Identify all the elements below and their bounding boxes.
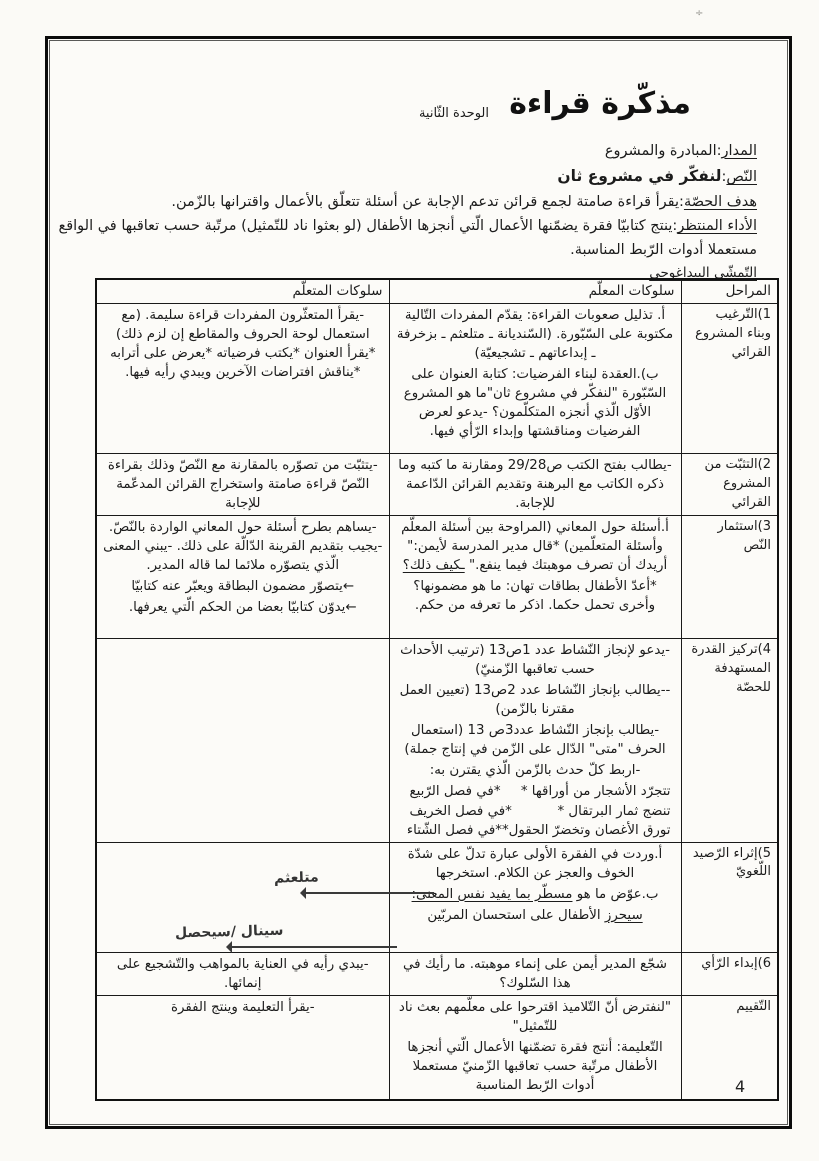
learner-arrow-note: ←يدوّن كتابيّا بعضا من الحكم الّتي يعرفه…	[103, 598, 383, 617]
teacher-paragraph: أ. تذليل صعوبات القراءة: يقدّم المفردات …	[396, 306, 675, 363]
handwritten-answer: متلعثم	[274, 868, 319, 889]
teacher-paragraph: "لنفترض أنّ التّلاميذ اقترحوا على معلّمه…	[396, 998, 675, 1036]
stage-cell: 2)التثبّت من المشروع القرائي	[681, 454, 778, 516]
hand-drawn-arrow	[306, 892, 434, 894]
teacher-instruction-underlined: مسطّر بما يفيد نفس المعنى:	[412, 887, 573, 902]
learner-cell: -يبدي رأيه في العناية بالمواهب والتّشجيع…	[96, 952, 389, 995]
axis-value: المبادرة والمشروع	[605, 143, 717, 159]
text-line: النّص:لنفكّر في مشروع ثان	[58, 164, 757, 189]
learner-cell-handwritten: متلعثم سينال /سيحصل	[96, 842, 389, 952]
header-stage: المراحل	[681, 279, 778, 304]
teacher-cell: -يطالب بفتح الكتب ص29/28 ومقارنة ما كتبه…	[389, 454, 681, 516]
hand-drawn-arrow	[232, 946, 397, 948]
handwritten-answer: سينال /سيحصل	[175, 921, 284, 944]
lesson-meta: المدار:المبادرة والمشروع النّص:لنفكّر في…	[58, 140, 757, 286]
teacher-cell: "لنفترض أنّ التّلاميذ اقترحوا على معلّمه…	[389, 995, 681, 1100]
teacher-paragraph: -يدعو لإنجاز النّشاط عدد 1ص13 (ترتيب الأ…	[396, 641, 675, 679]
match-event: تورق الأغصان وتخضرّ الحقول*	[502, 821, 671, 840]
table-row: 3)استثمار النّص أ.أسئلة حول المعاني (الم…	[96, 516, 778, 639]
expected-label: الأداء المنتظر	[677, 218, 757, 234]
teacher-cell: -يدعو لإنجاز النّشاط عدد 1ص13 (ترتيب الأ…	[389, 639, 681, 842]
matching-exercise-line: تنضج ثمار البرتقال * *في فصل الخريف	[396, 802, 675, 821]
teacher-instruction: ب.عوّض ما هو	[572, 887, 658, 902]
table-row: 1)التّرغيب وبناء المشروع القرائي أ. تذلي…	[96, 304, 778, 454]
stage-cell: 1)التّرغيب وبناء المشروع القرائي	[681, 304, 778, 454]
teacher-question-underlined: ـكيف ذلك؟	[403, 558, 465, 573]
learner-cell-empty	[96, 639, 389, 842]
expected-line: الأداء المنتظر:ينتج كتابيّا فقرة يضمّنها…	[58, 215, 757, 262]
page-number: 4	[735, 1077, 745, 1096]
teacher-cell: أ.وردت في الفقرة الأولى عبارة تدلّ على ش…	[389, 842, 681, 952]
stage-cell: 3)استثمار النّص	[681, 516, 778, 639]
table-row: 4)تركيز القدرة المستهدفة للحصّة -يدعو لإ…	[96, 639, 778, 842]
teacher-paragraph: -اربط كلّ حدث بالزّمن الّذي يقترن به:	[396, 761, 675, 780]
header-learner-behaviors: سلوكات المتعلّم	[96, 279, 389, 304]
learner-paragraph: -يساهم بطرح أسئلة حول المعاني الواردة با…	[103, 518, 383, 575]
axis-line: المدار:المبادرة والمشروع	[58, 140, 757, 163]
matching-exercise-line: تورق الأغصان وتخضرّ الحقول* *في فصل الشّ…	[396, 821, 675, 840]
table-row: 2)التثبّت من المشروع القرائي -يطالب بفتح…	[96, 454, 778, 516]
match-season: *في فصل الرّبيع	[410, 782, 501, 801]
learner-cell: -يتثبّت من تصوّره بالمقارنة مع النّصّ وذ…	[96, 454, 389, 516]
table-header-row: المراحل سلوكات المعلّم سلوكات المتعلّم	[96, 279, 778, 304]
underlined-word: سيحرز	[605, 908, 643, 923]
unit-label: الوحدة الثّانية	[419, 106, 489, 121]
match-event: تنضج ثمار البرتقال *	[557, 802, 670, 821]
teacher-paragraph: أ.أسئلة حول المعاني (المراوحة بين أسئلة …	[396, 518, 675, 575]
teacher-paragraph: *أعدّ الأطفال بطاقات تهان: ما هو مضمونها…	[396, 577, 675, 615]
teacher-paragraph: -يطالب بإنجاز النّشاط عدد3ص 13 (استعمال …	[396, 721, 675, 759]
match-event: تتجرّد الأشجار من أوراقها *	[521, 782, 671, 801]
learner-arrow-note: ←يتصوّر مضمون البطاقة ويعبّر عنه كتابيّا	[103, 577, 383, 596]
axis-label: المدار	[722, 143, 757, 159]
lesson-plan-table: المراحل سلوكات المعلّم سلوكات المتعلّم 1…	[95, 278, 779, 1101]
teacher-cell: أ. تذليل صعوبات القراءة: يقدّم المفردات …	[389, 304, 681, 454]
table-row: التّقييم "لنفترض أنّ التّلاميذ اقترحوا ع…	[96, 995, 778, 1100]
table-row: 6)إبداء الرّأي شجّع المدير أيمن على إنما…	[96, 952, 778, 995]
learner-cell: -يقرأ التعليمة وينتج الفقرة	[96, 995, 389, 1100]
teacher-cell: أ.أسئلة حول المعاني (المراوحة بين أسئلة …	[389, 516, 681, 639]
teacher-paragraph: سيحرز الأطفال على استحسان المربّين	[396, 906, 675, 925]
teacher-paragraph: أ.وردت في الفقرة الأولى عبارة تدلّ على ش…	[396, 845, 675, 883]
text-value: لنفكّر في مشروع ثان	[557, 167, 721, 185]
scanned-lesson-page: { "page": { "title": "مذكّرة قراءة", "un…	[0, 0, 819, 1161]
table-row: 5)إثراء الرّصيد اللّغويّ أ.وردت في الفقر…	[96, 842, 778, 952]
learner-cell: -يساهم بطرح أسئلة حول المعاني الواردة با…	[96, 516, 389, 639]
stage-cell: 4)تركيز القدرة المستهدفة للحصّة	[681, 639, 778, 842]
goal-label: هدف الحصّة	[684, 194, 757, 210]
expected-value: ينتج كتابيّا فقرة يضمّنها الأعمال الّتي …	[59, 218, 758, 257]
teacher-paragraph: --يطالب بإنجاز النّشاط عدد 2ص13 (تعيين ا…	[396, 681, 675, 719]
goal-line: هدف الحصّة:يقرأ قراءة صامتة لجمع قرائن ت…	[58, 191, 757, 214]
stage-cell: 6)إبداء الرّأي	[681, 952, 778, 995]
text-label: النّص	[726, 169, 757, 185]
teacher-paragraph: ب).العقدة لبناء الفرضيات: كتابة العنوان …	[396, 365, 675, 441]
teacher-paragraph: ب.عوّض ما هو مسطّر بما يفيد نفس المعنى:	[396, 885, 675, 904]
learner-cell: -يقرأ المتعثّرون المفردات قراءة سليمة. (…	[96, 304, 389, 454]
goal-value: يقرأ قراءة صامتة لجمع قرائن تدعم الإجابة…	[171, 194, 679, 210]
stage-cell: 5)إثراء الرّصيد اللّغويّ	[681, 842, 778, 952]
scan-speck: ÷	[695, 8, 703, 19]
stage-cell: التّقييم	[681, 995, 778, 1100]
sentence-rest: الأطفال على استحسان المربّين	[427, 908, 605, 923]
teacher-cell: شجّع المدير أيمن على إنماء موهبته. ما رأ…	[389, 952, 681, 995]
matching-exercise-line: تتجرّد الأشجار من أوراقها * *في فصل الرّ…	[396, 782, 675, 801]
teacher-paragraph: التّعليمة: أنتج فقرة تضمّنها الأعمال الّ…	[396, 1038, 675, 1095]
match-season: *في فصل الشّتاء	[407, 821, 502, 840]
match-season: *في فصل الخريف	[410, 802, 512, 821]
page-title: مذكّرة قراءة	[509, 86, 691, 121]
header-teacher-behaviors: سلوكات المعلّم	[389, 279, 681, 304]
